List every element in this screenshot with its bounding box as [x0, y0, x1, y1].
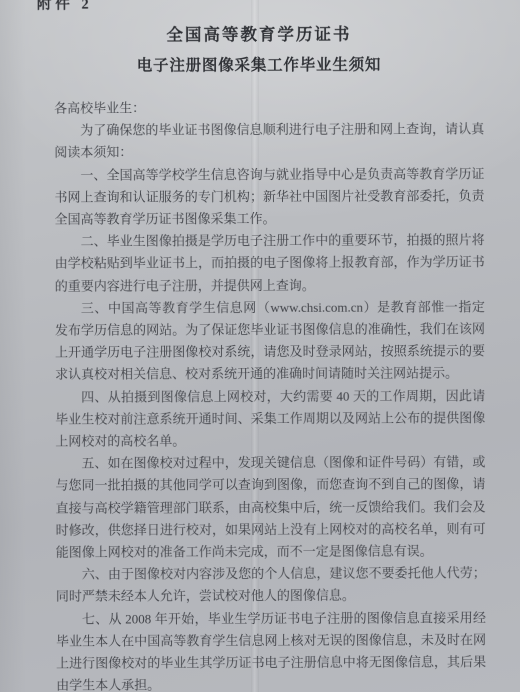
- photographed-document: 附件 2 全国高等教育学历证书 电子注册图像采集工作毕业生须知 各高校毕业生： …: [0, 0, 520, 692]
- document-title-line1: 全国高等教育学历证书: [0, 20, 519, 46]
- notice-paragraph-4: 四、从拍摄到图像信息上网校对，大约需要 40 天的工作周期，因此请毕业生校对前注…: [55, 385, 485, 453]
- notice-paragraph-1: 一、全国高等学校学生信息咨询与就业指导中心是负责高等教育学历证书网上查询和认证服…: [54, 163, 484, 231]
- notice-paragraph-7: 七、从 2008 年开始，毕业生学历证书电子注册的图像信息直接采用经毕业生本人在…: [56, 607, 486, 692]
- salutation: 各高校毕业生：: [54, 96, 484, 120]
- notice-paragraph-6: 六、由于图像校对内容涉及您的个人信息，建议您不要委托他人代劳；同时严禁未经本人允…: [56, 562, 486, 608]
- document-text-layer: 附件 2 全国高等教育学历证书 电子注册图像采集工作毕业生须知 各高校毕业生： …: [0, 0, 520, 692]
- notice-paragraph-3: 三、中国高等教育学生信息网（www.chsi.com.cn）是教育部惟一指定发布…: [55, 296, 485, 386]
- attachment-label: 附件 2: [37, 0, 93, 14]
- document-title-line2: 电子注册图像采集工作毕业生须知: [0, 52, 519, 76]
- document-body: 各高校毕业生： 为了确保您的毕业证书图像信息顺利进行电子注册和网上查询，请认真阅…: [54, 96, 486, 692]
- notice-paragraph-intro: 为了确保您的毕业证书图像信息顺利进行电子注册和网上查询，请认真阅读本须知：: [54, 118, 484, 164]
- notice-paragraph-5: 五、如在图像校对过程中，发现关键信息（图像和证件号码）有错，或与您同一批拍摄的其…: [55, 451, 485, 564]
- notice-paragraph-2: 二、毕业生图像拍摄是学历电子注册工作中的重要环节，拍摄的照片将由学校粘贴到毕业证…: [55, 229, 485, 297]
